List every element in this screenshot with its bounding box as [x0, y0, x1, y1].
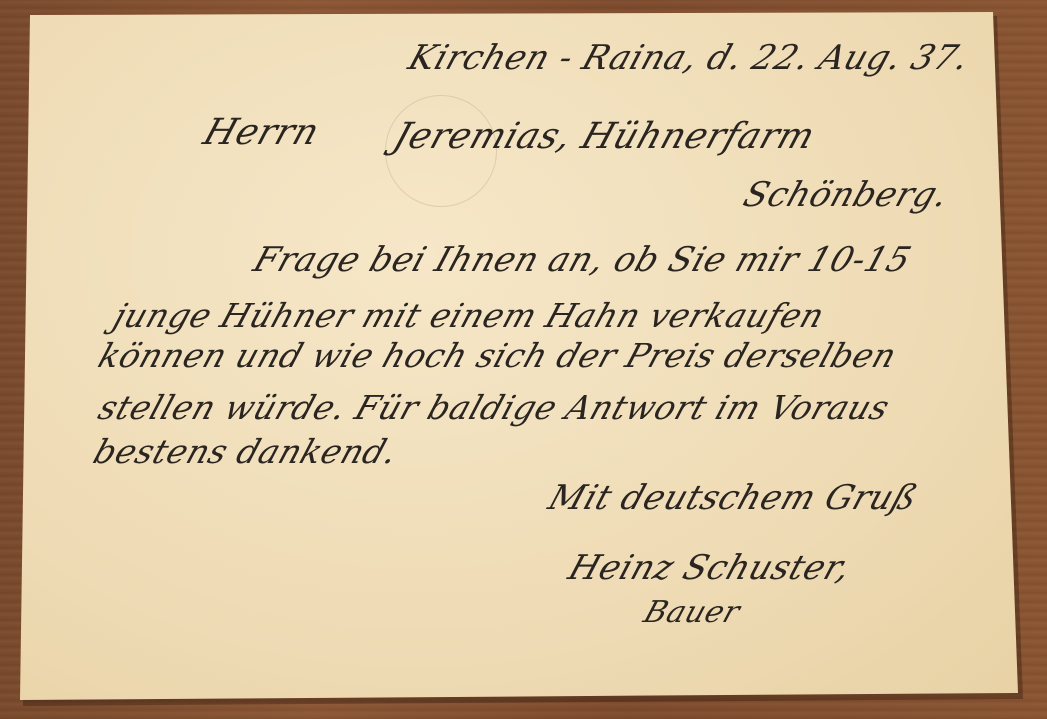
postcard: Kirchen - Raina, d. 22. Aug. 37. Herrn J… — [0, 0, 1047, 719]
body-line: Frage bei Ihnen an, ob Sie mir 10-15 — [249, 240, 917, 280]
salutation-prefix: Herrn — [198, 112, 324, 153]
body-line: bestens dankend. — [89, 432, 403, 471]
recipient-name: Jeremias, Hühnerfarm — [388, 116, 820, 157]
signature-title: Bauer — [639, 595, 744, 630]
closing: Mit deutschem Gruß — [544, 478, 923, 518]
dateline: Kirchen - Raina, d. 22. Aug. 37. — [404, 38, 975, 78]
signature: Heinz Schuster, — [564, 548, 856, 588]
body-line: junge Hühner mit einem Hahn verkaufen — [109, 296, 830, 335]
recipient-city: Schönberg. — [739, 175, 954, 215]
body-line: stellen würde. Für baldige Antwort im Vo… — [94, 388, 895, 427]
body-line: können und wie hoch sich der Preis derse… — [94, 336, 902, 375]
